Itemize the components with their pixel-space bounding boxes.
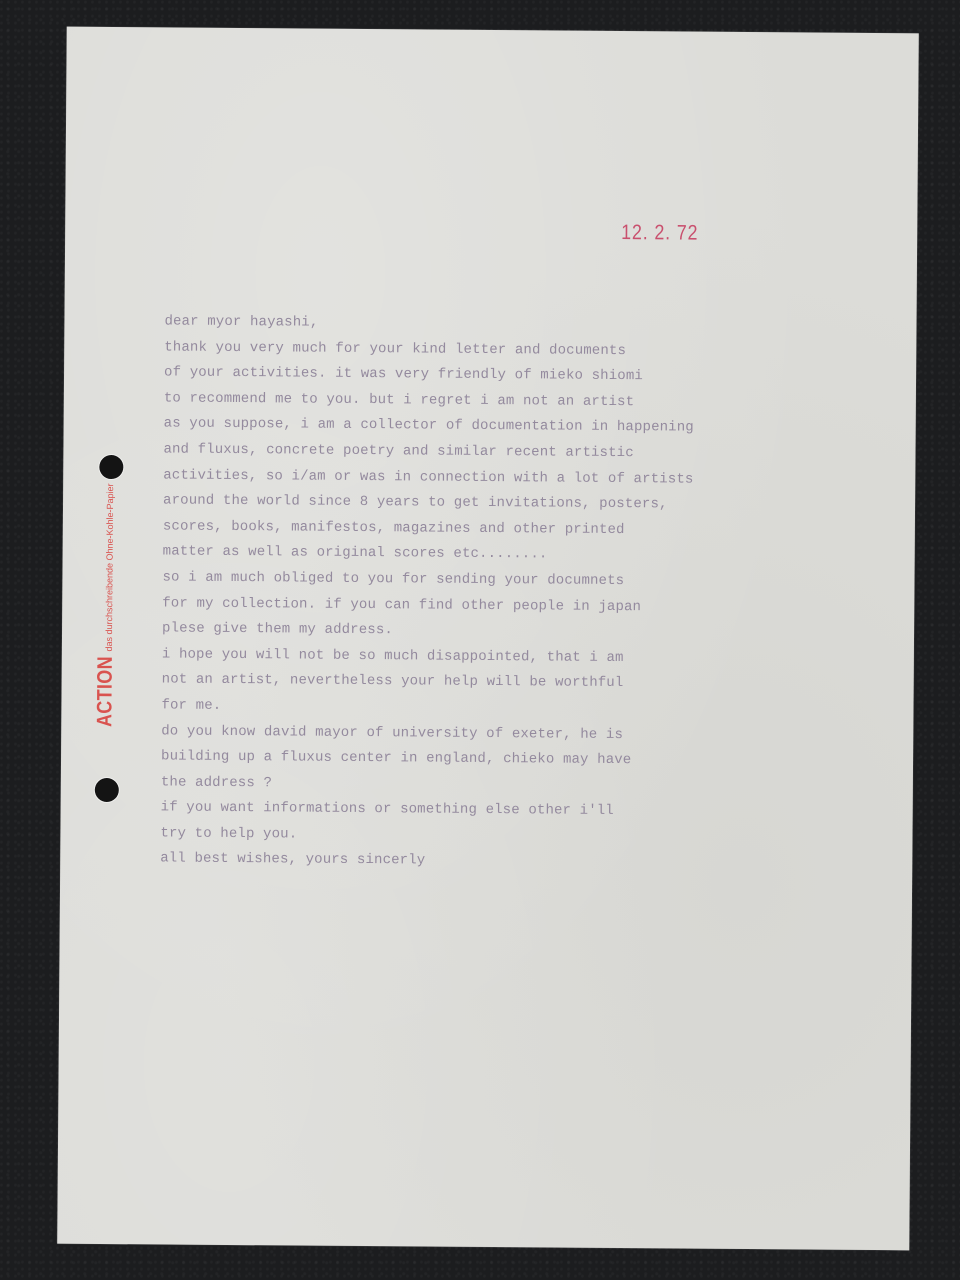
letter-line: not an artist, nevertheless your help wi… [162, 668, 802, 699]
letter-sheet: ACTION das durchschreibende Ohne-Kohle-P… [57, 27, 919, 1251]
letter-body: dear myor hayashi,thank you very much fo… [160, 309, 804, 877]
punch-hole-bottom [95, 778, 119, 802]
punch-hole-top [99, 455, 123, 479]
date-stamp: 12. 2. 72 [621, 221, 698, 246]
brand-tagline: das durchschreibende Ohne-Kohle-Papier [104, 483, 115, 651]
paper-brand-mark: ACTION das durchschreibende Ohne-Kohle-P… [93, 483, 119, 727]
brand-name: ACTION [93, 656, 118, 727]
letter-closing: all best wishes, yours sincerly [160, 847, 800, 878]
